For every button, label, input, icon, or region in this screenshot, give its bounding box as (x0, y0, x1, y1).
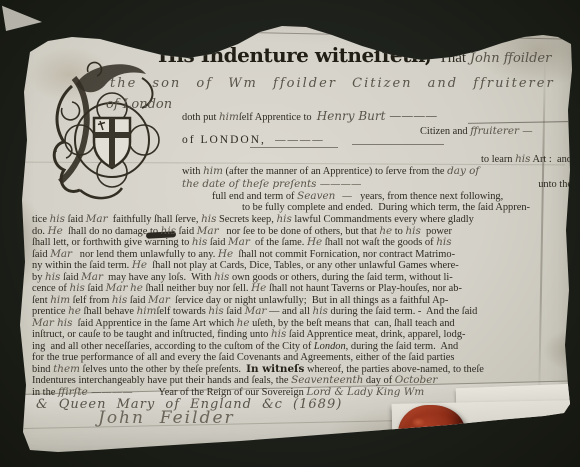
wax-seal (398, 405, 465, 462)
text-line: to be fully complete and ended. During w… (242, 202, 530, 214)
text-line: of London (106, 98, 172, 113)
text-line: to learn his Art : and (30, 154, 572, 166)
text-line: full end and term of Seaven — years, fro… (212, 191, 503, 203)
text-line: the son of Wm ffoilder Citizen and ffrui… (110, 77, 555, 92)
text-line: doth put himſelf Apprentice to Henry Bur… (182, 110, 437, 124)
text-line: by his ſaid Mar may have any loſs. With … (32, 272, 453, 284)
text-line: cence of his ſaid Mar he ſhall neither b… (32, 283, 462, 295)
text-line: ny within the ſaid term. He ſhall not pl… (32, 260, 459, 272)
text-line: the date of theſe preſents ————unto the (182, 179, 572, 191)
text-line: for the true performance of all and ever… (32, 352, 454, 364)
text-line: prentice he ſhall behave himſelf towards… (32, 306, 477, 318)
text-line: ing and all other neceſſaries, according… (32, 341, 458, 353)
text-line: ſent him ſelf from his ſaid Mar ſervice … (32, 295, 448, 307)
text-line: Citizen and ffruiterer — (420, 126, 533, 138)
text-line: of LONDON, ———— (182, 134, 325, 147)
text-line: inſtruct, or cauſe to be taught and inſt… (32, 329, 465, 341)
corner-scrap (2, 3, 42, 31)
text-line: ſhall lett, or forthwith give warning to… (32, 237, 452, 249)
parchment: His Indenture witneſſeth, That John ffoi… (0, 0, 580, 467)
text-line: Mar his ſaid Apprentice in the ſame Art … (32, 318, 455, 330)
text-line: ſaid Mar nor lend them unlawfully to any… (32, 249, 455, 261)
photo-background: His Indenture witneſſeth, That John ffoi… (0, 0, 580, 467)
text-line: Indentures interchangeably have put thei… (32, 375, 437, 387)
text-line: His Indenture witneſſeth, That John ffoi… (158, 44, 551, 67)
text-line: with him (after the manner of an Apprent… (182, 166, 479, 178)
text-line: tice his ſaid Mar faithfully ſhall ſerve… (32, 214, 474, 226)
text-line: John Feilder (98, 409, 235, 428)
